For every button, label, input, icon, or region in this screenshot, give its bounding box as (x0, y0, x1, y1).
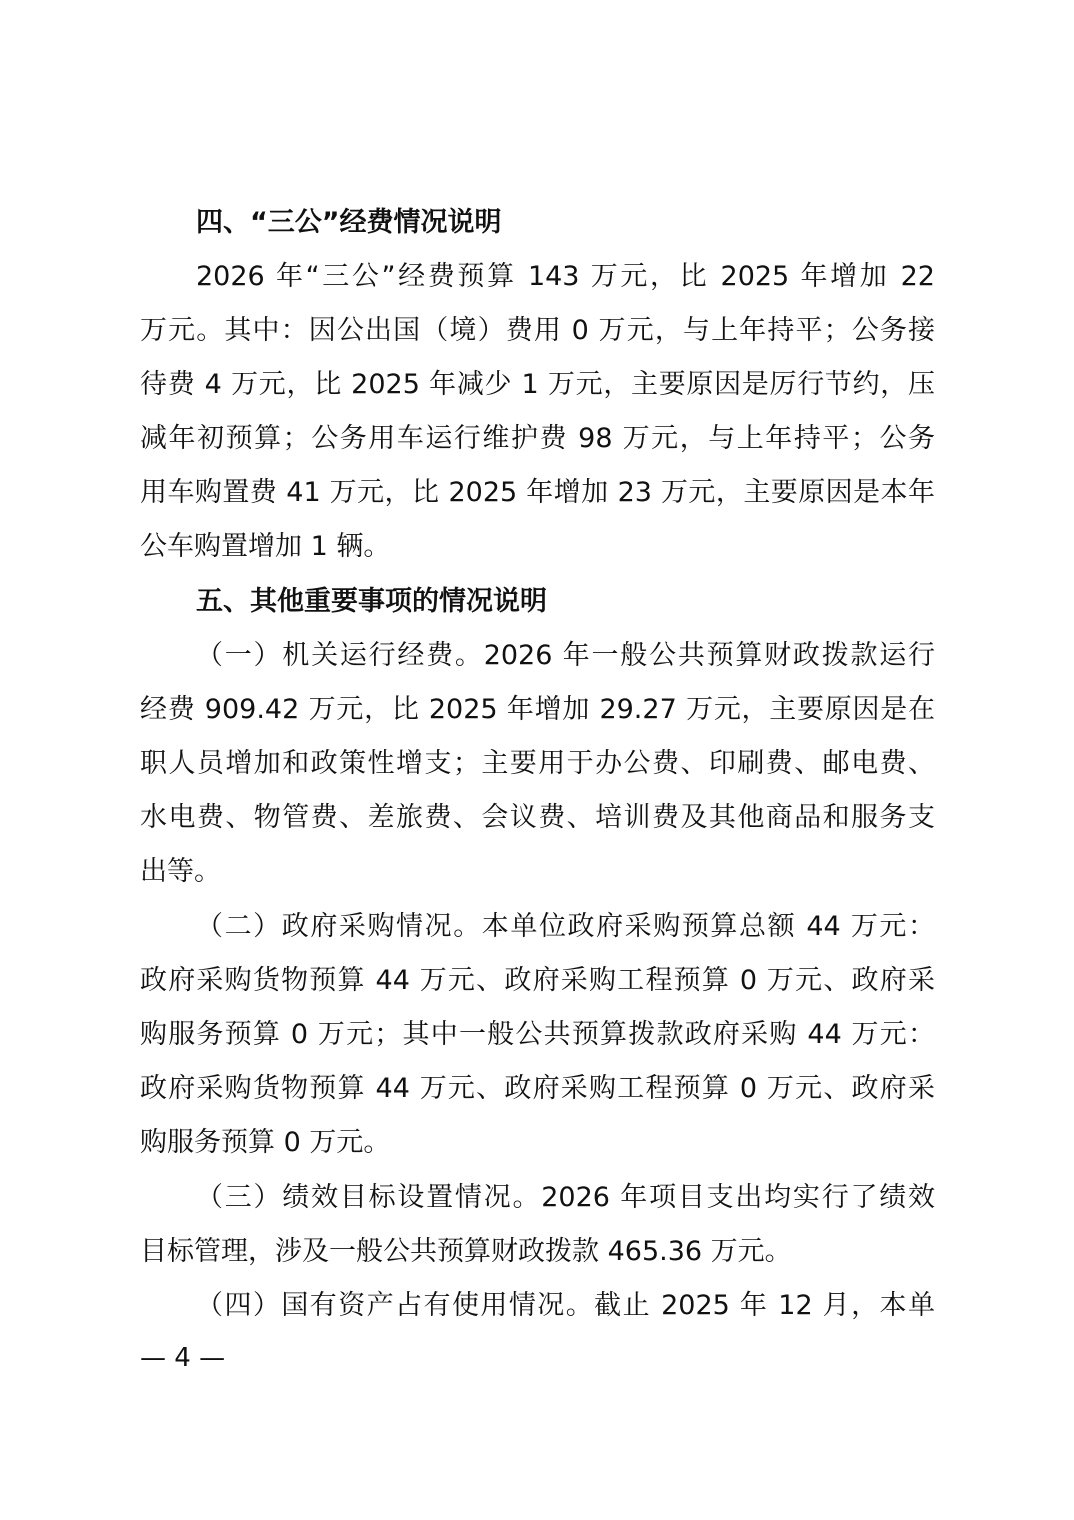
paragraph-line: 减年初预算；公务用车运行维护费 98 万元，与上年持平；公务 (140, 421, 935, 457)
paragraph-line: （四）国有资产占有使用情况。截止 2025 年 12 月，本单 (196, 1288, 935, 1324)
paragraph-line: 政府采购货物预算 44 万元、政府采购工程预算 0 万元、政府采 (140, 1071, 935, 1107)
paragraph-line: 待费 4 万元，比 2025 年减少 1 万元，主要原因是厉行节约，压 (140, 367, 935, 403)
page-number: — 4 — (140, 1340, 225, 1376)
paragraph-line: （一）机关运行经费。2026 年一般公共预算财政拨款运行 (196, 638, 935, 674)
paragraph-line: 万元。其中：因公出国（境）费用 0 万元，与上年持平；公务接 (140, 313, 935, 349)
paragraph-line: 购服务预算 0 万元；其中一般公共预算拨款政府采购 44 万元： (140, 1017, 935, 1053)
paragraph-line: 出等。 (140, 854, 935, 890)
paragraph-line: 购服务预算 0 万元。 (140, 1125, 935, 1161)
paragraph-line: （二）政府采购情况。本单位政府采购预算总额 44 万元： (196, 909, 935, 945)
section-heading-other-matters: 五、其他重要事项的情况说明 (196, 584, 935, 620)
paragraph-line: 政府采购货物预算 44 万元、政府采购工程预算 0 万元、政府采 (140, 963, 935, 999)
paragraph-line: （三）绩效目标设置情况。2026 年项目支出均实行了绩效 (196, 1180, 935, 1216)
paragraph-line: 目标管理，涉及一般公共预算财政拨款 465.36 万元。 (140, 1234, 935, 1270)
paragraph-line: 职人员增加和政策性增支；主要用于办公费、印刷费、邮电费、 (140, 746, 935, 782)
paragraph-line: 经费 909.42 万元，比 2025 年增加 29.27 万元，主要原因是在 (140, 692, 935, 728)
paragraph-line: 用车购置费 41 万元，比 2025 年增加 23 万元，主要原因是本年 (140, 475, 935, 511)
paragraph-line: 2026 年“三公”经费预算 143 万元，比 2025 年增加 22 (196, 259, 935, 295)
document-page: 四、“三公”经费情况说明 2026 年“三公”经费预算 143 万元，比 202… (0, 0, 1074, 1520)
paragraph-line: 公车购置增加 1 辆。 (140, 529, 935, 565)
section-heading-three-public-expenses: 四、“三公”经费情况说明 (196, 205, 935, 241)
paragraph-line: 水电费、物管费、差旅费、会议费、培训费及其他商品和服务支 (140, 800, 935, 836)
